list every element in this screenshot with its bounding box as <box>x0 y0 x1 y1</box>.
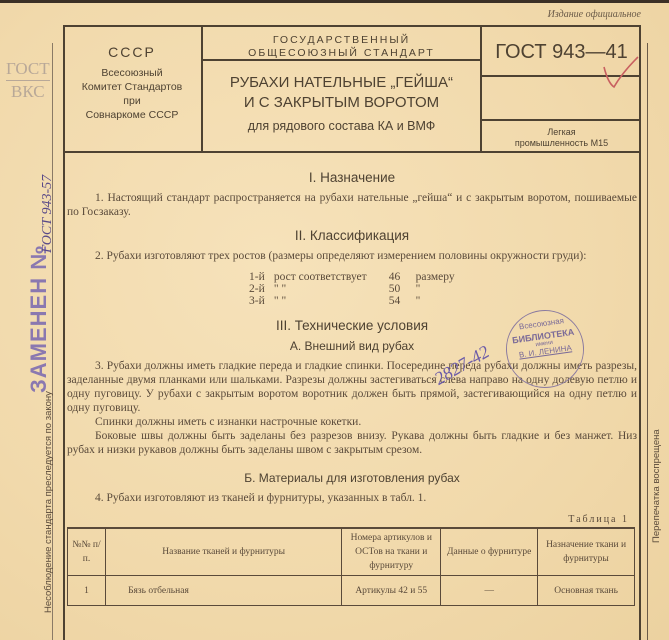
paragraph-2: 2. Рубахи изготовляют трех ростов (разме… <box>67 249 637 263</box>
size-row: 2-й " " 50 " <box>249 283 637 295</box>
paragraph-3b: Спинки должны иметь с изнанки настрочные… <box>67 415 637 429</box>
country-label: СССР <box>63 44 201 60</box>
paragraph-4: 4. Рубахи изготовляют из тканей и фурнит… <box>67 491 637 505</box>
standard-type: ГОСУДАРСТВЕННЫЙ ОБЩЕСОЮЗНЫЙ СТАНДАРТ <box>203 27 480 61</box>
issuer-org: Всесоюзный Комитет Стандартов при Совнар… <box>63 66 201 122</box>
title-block: СССР Всесоюзный Комитет Стандартов при С… <box>63 25 641 153</box>
document-page: Издание официальное ГОСТ ВКС СССР Всесою… <box>0 0 669 640</box>
gost-vks-stamp: ГОСТ ВКС <box>6 58 50 103</box>
law-note: Несоблюдение стандарта преследуется по з… <box>43 391 54 613</box>
materials-table: №№ п/п. Название тканей и фурнитуры Номе… <box>67 527 635 606</box>
section-heading-purpose: I. Назначение <box>67 171 637 185</box>
issuer-block: СССР Всесоюзный Комитет Стандартов при С… <box>63 27 203 151</box>
table-caption: Таблица 1 <box>67 513 629 527</box>
size-list: 1-й рост соответствует 46 размеру 2-й " … <box>249 271 637 307</box>
subsection-heading-materials: Б. Материалы для изготовления рубах <box>67 471 637 485</box>
col-fittings-data: Данные о фурнитуре <box>441 528 538 576</box>
paragraph-3c: Боковые швы должны быть заделаны без раз… <box>67 429 637 457</box>
size-row: 1-й рост соответствует 46 размеру <box>249 271 637 283</box>
col-number: №№ п/п. <box>68 528 106 576</box>
paragraph-1: 1. Настоящий стандарт распространяется н… <box>67 191 637 219</box>
standard-subtitle: для рядового состава КА и ВМФ <box>203 119 480 133</box>
margin-rule-right <box>647 43 648 640</box>
standard-title-block: ГОСУДАРСТВЕННЫЙ ОБЩЕСОЮЗНЫЙ СТАНДАРТ РУБ… <box>203 27 482 151</box>
replaced-by-handwritten: ГОСТ 943-57 <box>40 175 56 253</box>
col-purpose: Назначение ткани и фурнитуры <box>538 528 635 576</box>
size-row: 3-й " " 54 " <box>249 295 637 307</box>
edition-note: Издание официальное <box>548 9 641 20</box>
table-row: 1 Бязь отбельная Артикулы 42 и 55 — Осно… <box>68 576 635 606</box>
standard-title: РУБАХИ НАТЕЛЬНЫЕ „ГЕЙША“ И С ЗАКРЫТЫМ ВО… <box>203 73 480 113</box>
section-heading-classification: II. Классификация <box>67 229 637 243</box>
replaced-stamp: ЗАМЕНЕН № <box>26 244 52 393</box>
table-header-row: №№ п/п. Название тканей и фурнитуры Номе… <box>68 528 635 576</box>
industry-code: Легкая промышленность М15 <box>482 121 641 149</box>
col-material-name: Название тканей и фурнитуры <box>106 528 342 576</box>
red-check-mark <box>600 53 640 93</box>
col-article-numbers: Номера артикулов и ОСТов на ткани и фурн… <box>342 528 441 576</box>
reprint-note: Перепечатка воспрещена <box>651 429 662 543</box>
